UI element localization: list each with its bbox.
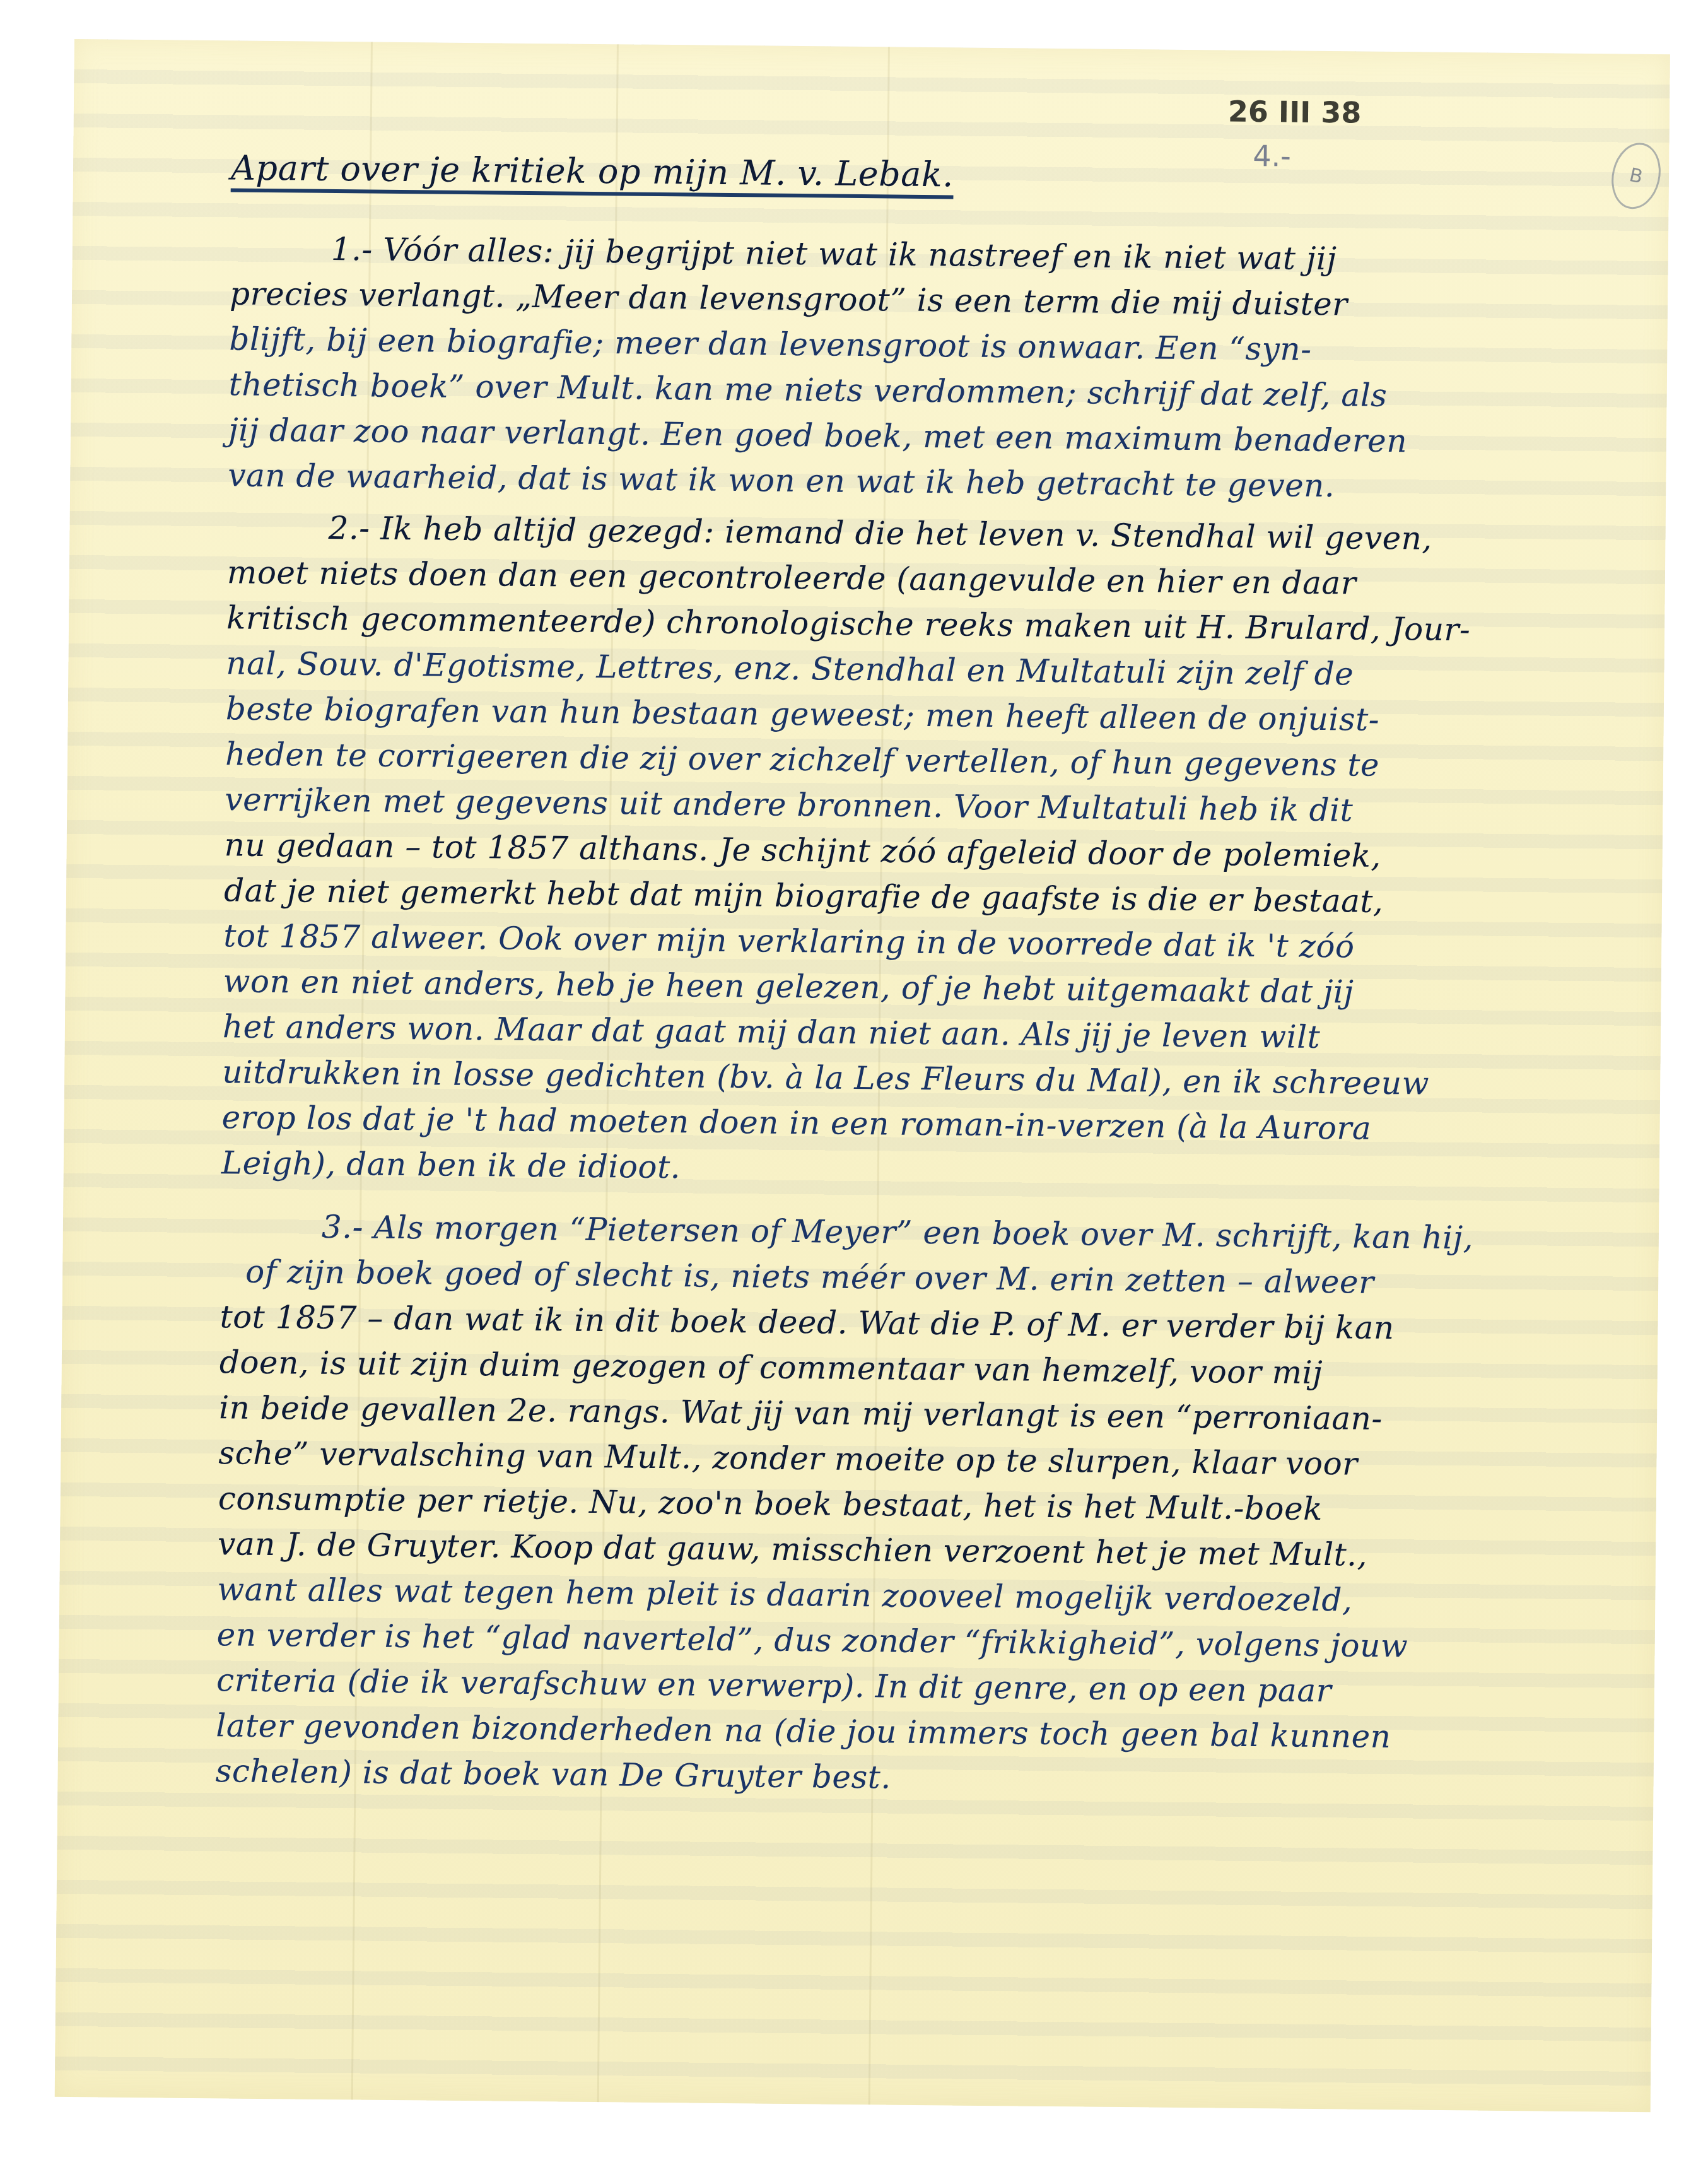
text-line: nu gedaan – tot 1857 althans. Je schijnt… — [224, 826, 1381, 874]
text-line: kritisch gecommenteerde) chronologische … — [226, 599, 1471, 648]
text-line: het anders won. Maar dat gaat mij dan ni… — [223, 1008, 1321, 1055]
text-line: blijft, bij een biografie; meer dan leve… — [229, 320, 1312, 367]
text-line: won en niet anders, heb je heen gelezen,… — [223, 963, 1354, 1010]
letter-page: 26 III 38 4.- B Apart over je kritiek op… — [55, 39, 1670, 2112]
text-line: beste biografen van hun bestaan geweest;… — [226, 690, 1380, 738]
text-line: uitdrukken in losse gedichten (bv. à la … — [222, 1054, 1429, 1101]
text-line: criteria (die ik verafschuw en verwerp).… — [216, 1662, 1332, 1709]
text-line: van J. de Gruyter. Koop dat gauw, missch… — [218, 1525, 1367, 1573]
text-line: erop los dat je 't had moeten doen in ee… — [221, 1099, 1371, 1146]
text-line: later gevonden bizonderheden na (die jou… — [216, 1707, 1391, 1755]
pencil-date: 26 III 38 — [1228, 95, 1362, 130]
text-line: Leigh), dan ben ik de idioot. — [221, 1144, 681, 1185]
page-number: 4.- — [1253, 139, 1291, 173]
text-line: sche” vervalsching van Mult., zonder moe… — [218, 1435, 1358, 1482]
text-line: in beide gevallen 2e. rangs. Wat jij van… — [219, 1389, 1383, 1437]
text-line: van de waarheid, dat is wat ik won en wa… — [228, 457, 1335, 504]
text-line: tot 1857 alweer. Ook over mijn verklarin… — [223, 917, 1355, 965]
stamp-letter: B — [1627, 163, 1645, 188]
text-line: precies verlangt. „Meer dan levensgroot”… — [230, 275, 1348, 322]
text-line: en verder is het “glad naverteld”, dus z… — [216, 1616, 1408, 1664]
text-line: jij daar zoo naar verlangt. Een goed boe… — [228, 411, 1408, 459]
text-line: 3.- Als morgen “Pietersen of Meyer” een … — [322, 1209, 1474, 1257]
text-line: of zijn boek goed of slecht is, niets mé… — [245, 1253, 1374, 1301]
text-line: schelen) is dat boek van De Gruyter best… — [215, 1752, 891, 1795]
text-line: tot 1857 – dan wat ik in dit boek deed. … — [219, 1298, 1395, 1346]
text-line: 2.- Ik heb altijd gezegd: iemand die het… — [328, 510, 1432, 557]
text-line: heden te corrigeeren die zij over zichze… — [225, 736, 1379, 784]
text-line: dat je niet gemerkt hebt dat mijn biogra… — [224, 872, 1384, 920]
text-line: verrijken met gegevens uit andere bronne… — [225, 781, 1353, 828]
text-line: moet niets doen dan een gecontroleerde (… — [227, 554, 1357, 601]
letter-title: Apart over je kritiek op mijn M. v. Leba… — [231, 148, 954, 194]
text-line: doen, is uit zijn duim gezogen of commen… — [219, 1344, 1323, 1391]
text-line: want alles wat tegen hem pleit is daarin… — [217, 1571, 1352, 1618]
text-line: consumptie per rietje. Nu, zoo'n boek be… — [218, 1480, 1323, 1527]
text-line: 1.- Vóór alles: jij begrijpt niet wat ik… — [331, 231, 1337, 277]
text-line: thetisch boek” over Mult. kan me niets v… — [228, 366, 1387, 414]
text-line: nal, Souv. d'Egotisme, Lettres, enz. Ste… — [226, 645, 1354, 692]
archive-stamp-icon: B — [1605, 138, 1666, 214]
